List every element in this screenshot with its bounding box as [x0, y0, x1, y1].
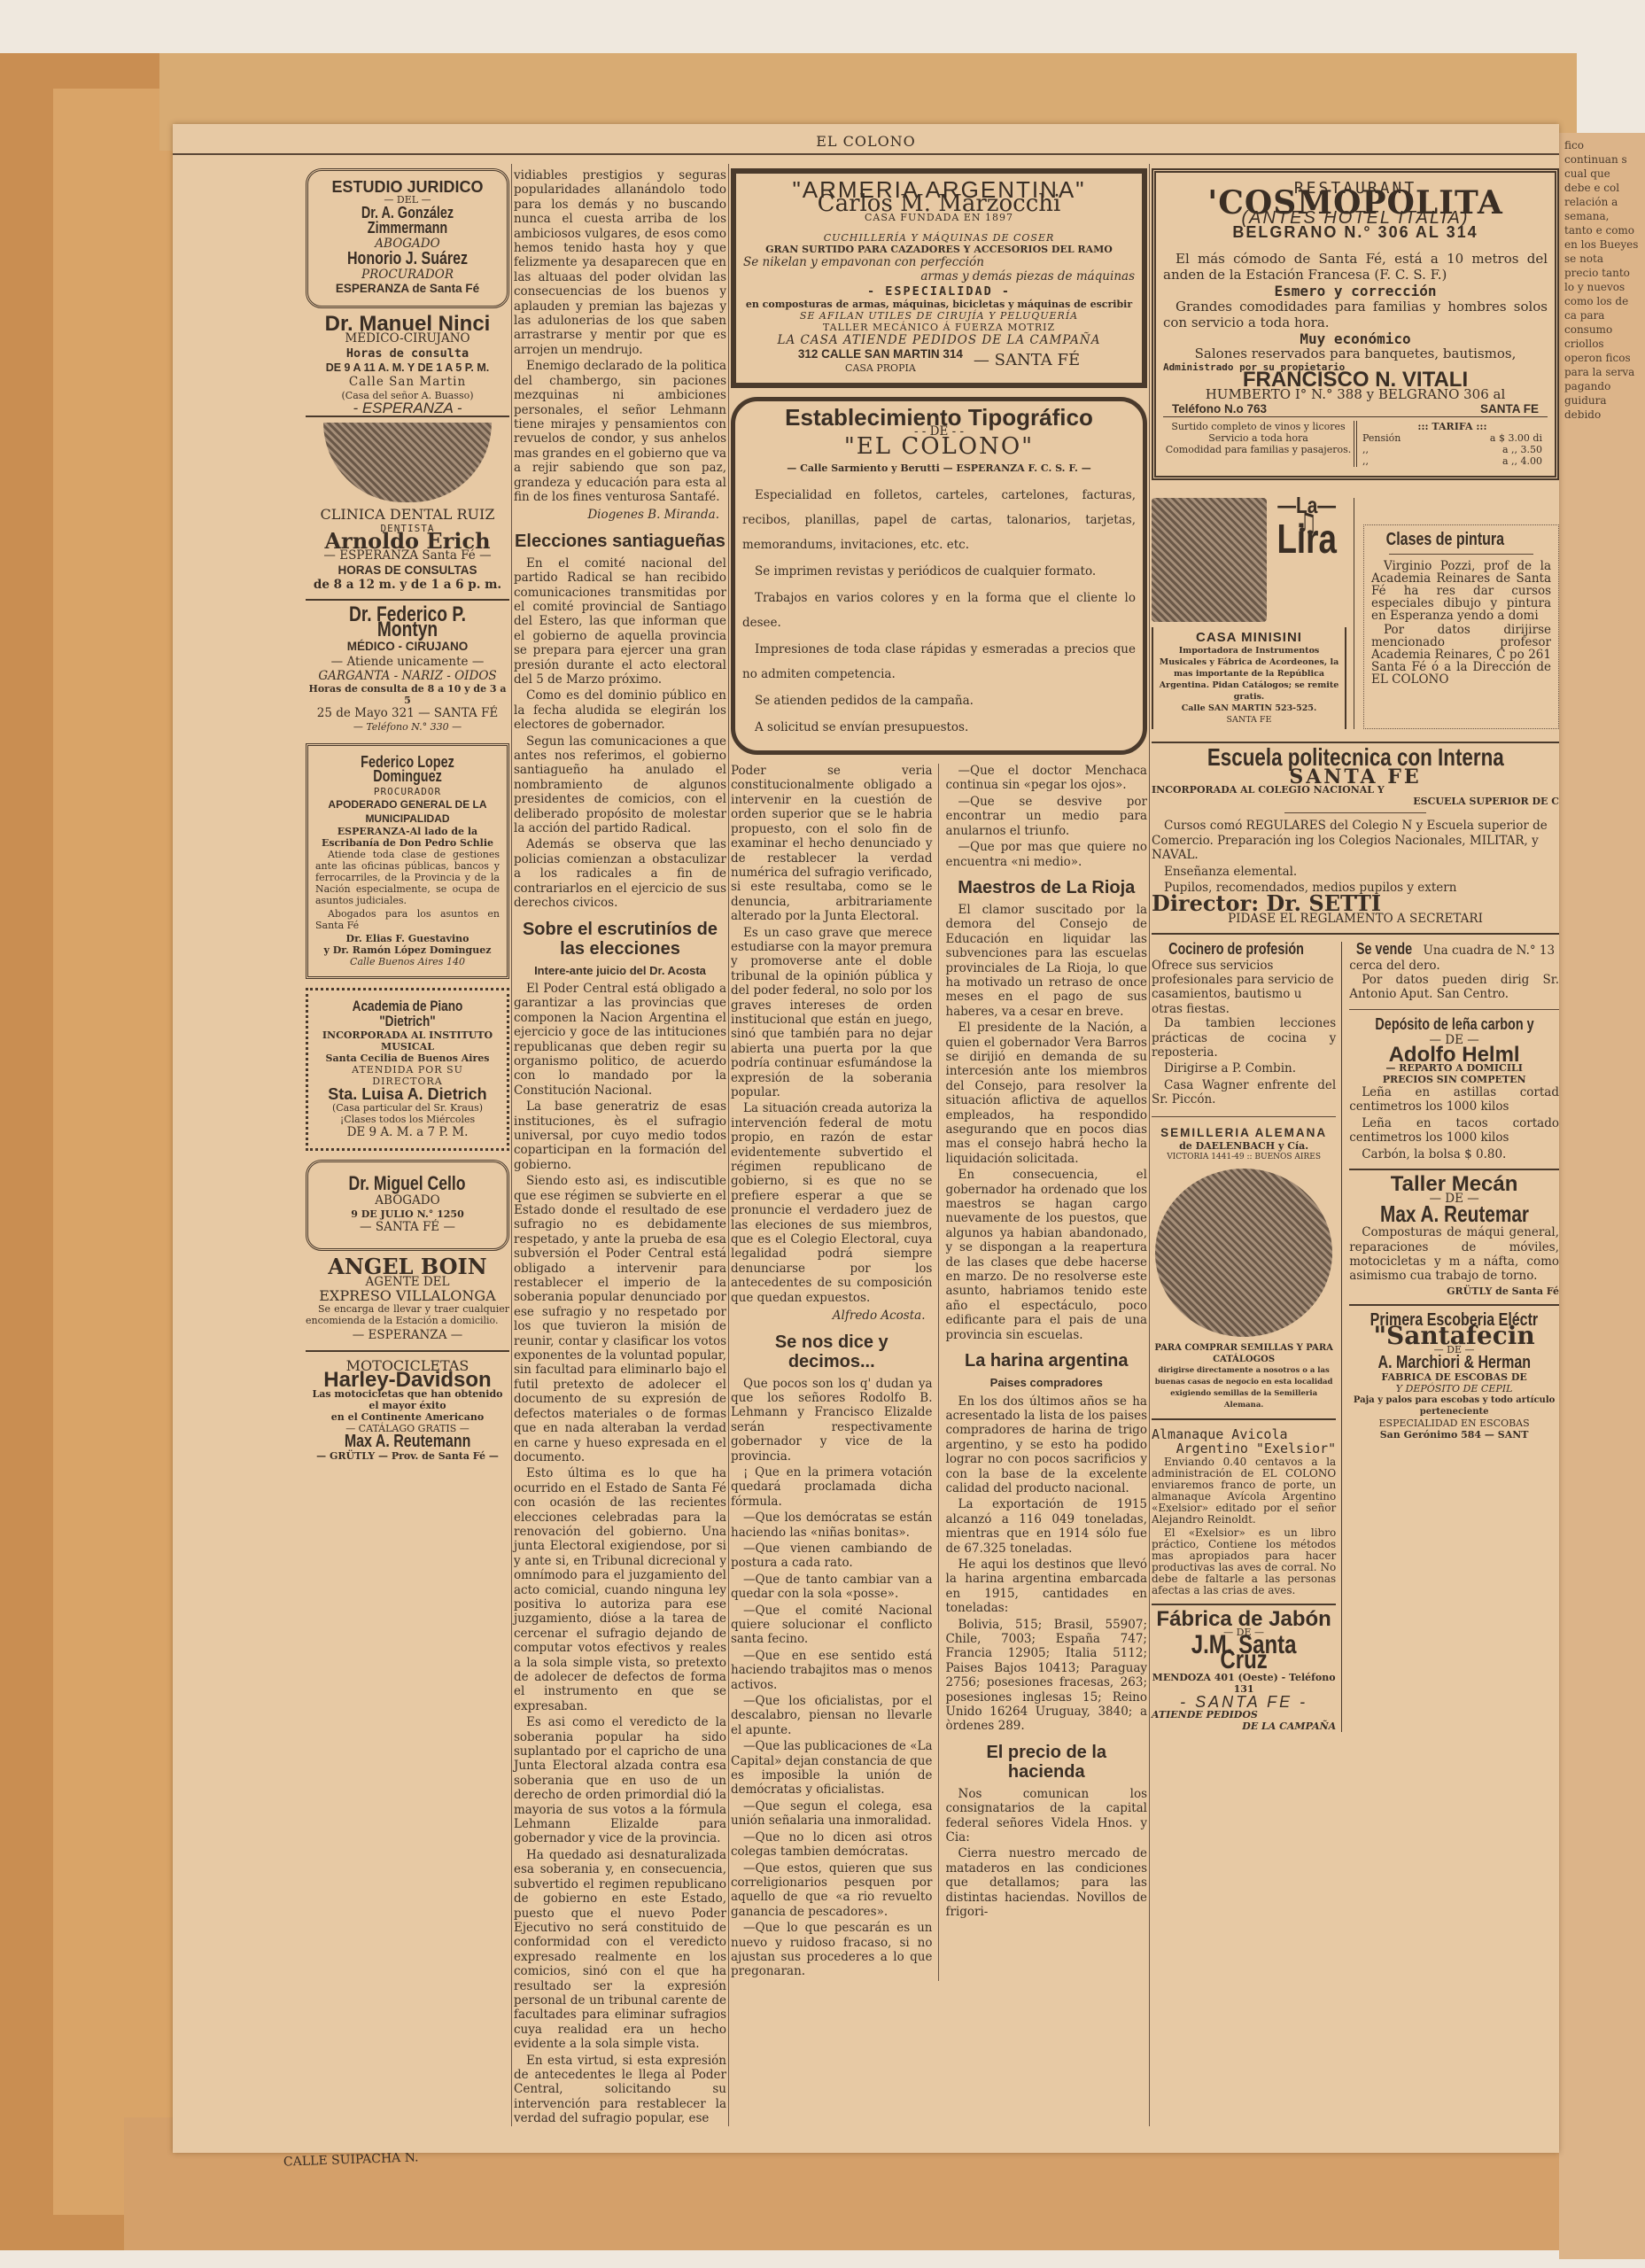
ad-clases-pintura: Clases de pintura Virginio Pozzi, prof d…: [1363, 524, 1559, 729]
ad-text: en el Continente Americano: [306, 1411, 509, 1423]
article-signature: Alfredo Acosta.: [738, 1309, 926, 1323]
article-text: El clamor suscitado por la demora del Co…: [946, 903, 1148, 1019]
ad-director: Director: Dr. SETTI: [1152, 897, 1559, 911]
service-item: Surtido completo de vinos y licores: [1163, 421, 1354, 432]
article-list-item: —Que no lo dicen asi otros colegas tambi…: [731, 1830, 933, 1860]
article-title: Se nos dice y decimos...: [731, 1332, 933, 1371]
newspaper-page: EL COLONO ESTUDIO JURIDICO — DEL — Dr. A…: [173, 124, 1559, 2153]
ad-name: y Dr. Ramón López Dominguez: [315, 944, 500, 956]
ad-title: Lira: [1276, 532, 1337, 546]
ad-name: Honorio J. Suárez: [347, 252, 468, 266]
ad-body: Se encarga de llevar y traer cualquier e…: [306, 1303, 509, 1326]
ad-role: ABOGADO: [315, 1193, 500, 1208]
ad-restaurant-cosmopolita: RESTAURANT 'COSMOPOLITA (ANTES HOTEL ITA…: [1152, 168, 1559, 480]
divider: [1349, 1304, 1559, 1306]
tarifa-title: ::: TARIFA :::: [1357, 421, 1548, 432]
ad-name: A. Marchiori & Herman: [1377, 1355, 1530, 1370]
ad-name: FRANCISCO N. VITALI: [1163, 373, 1548, 387]
ad-place: ESPERANZA de Santa Fé: [315, 282, 500, 296]
ad-slogan: Muy económico: [1163, 332, 1548, 346]
ad-brand: Harley-Davidson: [306, 1373, 509, 1387]
ad-body: Enseñanza elemental.: [1152, 865, 1559, 879]
ads-row-lira-pintura: —La— ♫ Lira CASA MINISINI Importadora de…: [1152, 498, 1559, 729]
classifieds-right: Se vende Una cuadra de N.° 13 cerca del …: [1349, 942, 1559, 1732]
ad-ninci: Dr. Manuel Ninci MÉDICO-CIRUJANO Horas d…: [306, 317, 509, 417]
ad-text: (Casa particular del Sr. Kraus): [315, 1102, 500, 1114]
article-list-item: —Que en ese sentido está haciendo trabaj…: [731, 1649, 933, 1692]
article-title: La harina argentina: [946, 1351, 1148, 1371]
ad-title: APODERADO GENERAL DE LA MUNICIPALIDAD: [315, 797, 500, 827]
ad-text: — Atiende unicamente —: [306, 655, 509, 669]
ad-text: Santa Cecilia de Buenos Aires: [315, 1052, 500, 1064]
article-text: En esta virtud, si esta expresión de ant…: [514, 2054, 726, 2126]
divider: [1152, 1604, 1336, 1605]
accordion-illustration: [1152, 498, 1267, 622]
ad-role: PROCURADOR: [315, 268, 500, 282]
column-rule: [1149, 164, 1150, 2126]
divider: [1152, 933, 1559, 935]
ad-body: Por datos dirijirse mencionado profesor …: [1371, 624, 1551, 686]
ad-body: Salones reservados para banquetes, bauti…: [1163, 346, 1548, 361]
ad-city: SANTA FE: [1152, 770, 1559, 784]
article-list-item: ¡ Que en la primera votación quedará pro…: [731, 1465, 933, 1509]
ad-name: Dr. Miguel Cello: [349, 1177, 466, 1191]
ad-place: GRÜTLY de Santa Fé: [1349, 1285, 1559, 1297]
ad-body: Atiende toda clase de gestiones ante las…: [315, 849, 500, 906]
divider: [1349, 1169, 1559, 1170]
ad-address: 25 de Mayo 321 — SANTA FÉ: [306, 706, 509, 720]
ad-town: — ESPERANZA —: [306, 1328, 509, 1342]
ad-city: SANTA FE: [1157, 714, 1341, 726]
article-text: Cierra nuestro mercado de mataderos en l…: [946, 1846, 1148, 1919]
ad-address: BELGRANO N.° 306 AL 314: [1163, 225, 1548, 239]
adjacent-page-text: fico continuan s cual que debe e col rel…: [1564, 139, 1638, 421]
ad-address: VICTORIA 1441-49 :: BUENOS AIRES: [1152, 1152, 1336, 1163]
ad-name: Sta. Luisa A. Dietrich: [315, 1087, 500, 1101]
ad-body: Especialidad en folletos, carteles, cart…: [742, 483, 1136, 740]
ad-text: HORAS DE CONSULTAS: [306, 563, 509, 578]
ad-body: Enviando 0.40 centavos a la administraci…: [1152, 1456, 1336, 1526]
ad-phone: — Teléfono N.° 330 —: [306, 721, 509, 733]
ad-establecimiento-tipografico: Establecimiento Tipográfico - - DE - - "…: [731, 397, 1147, 755]
ad-text: FABRICA DE ESCOBAS DE: [1349, 1371, 1559, 1383]
ad-title: CLINICA DENTAL RUIZ: [306, 508, 509, 522]
ad-body-text: Especialidad en folletos, carteles, cart…: [742, 483, 1136, 557]
ad-text: ¡Clases todos los Miércoles: [315, 1114, 500, 1125]
article-list-item: —Que por mas que quiere no encuentra «ni…: [946, 840, 1148, 869]
article-text: Segun las comunicaciones a que antes nos…: [514, 734, 726, 836]
ad-body: Leña en astillas cortad centimetros los …: [1349, 1085, 1559, 1115]
masthead: EL COLONO: [173, 133, 1559, 155]
ad-text: Paja y palos para escobas y todo artícul…: [1349, 1394, 1559, 1417]
ad-body-text: A solicitud se envían presupuestos.: [742, 715, 1136, 740]
ad-hours: DE 9 A. M. a 7 P. M.: [315, 1125, 500, 1139]
ad-name: Arnoldo Erich: [306, 534, 509, 548]
article-list-item: —Que vienen cambiando de postura a cada …: [731, 1542, 933, 1571]
column-2: vidiables prestigios y seguras popularid…: [514, 168, 726, 2128]
ad-text: - ESPECIALIDAD -: [743, 284, 1135, 299]
ad-title: Clases de pintura: [1386, 532, 1504, 547]
ad-lira-title: —La— ♫ Lira: [1267, 498, 1346, 622]
ad-phone-row: Teléfono N.o 763 SANTA FE: [1163, 402, 1548, 417]
ad-text: SE AFILAN UTILES DE CIRUJÍA Y PELUQUERÍA: [743, 310, 1135, 322]
article-list-item: —Que estos, quieren que sus correligiona…: [731, 1861, 933, 1920]
divider: [1152, 1116, 1336, 1117]
ad-title: Academia de Piano "Dietrich": [334, 999, 481, 1029]
ad-hours: de 8 a 12 m. y de 1 a 6 p. m.: [306, 578, 509, 592]
article-subtitle: Paises compradores: [946, 1376, 1148, 1390]
ad-text: GARGANTA - NARIZ - OIDOS: [306, 669, 509, 683]
pansy-flower-illustration: [1155, 1169, 1332, 1337]
ad-title: ESTUDIO JURIDICO: [315, 180, 500, 194]
ad-cocinero: Cocinero de profesión Ofrece sus servici…: [1152, 942, 1336, 1107]
ad-estudio-juridico: ESTUDIO JURIDICO — DEL — Dr. A. González…: [306, 168, 509, 308]
ad-name: "EL COLONO": [742, 439, 1136, 454]
ad-text: GRAN SURTIDO PARA CAZADORES Y ACCESORIOS…: [743, 244, 1135, 255]
article-text: Esto última es lo que ha ocurrido en el …: [514, 1466, 726, 1713]
edge-bottom-text: CALLE SUIPACHA N.: [283, 2150, 419, 2169]
ad-body: Leña en tacos cortado centimetros los 10…: [1349, 1116, 1559, 1146]
ad-body: Dirigirse a P. Combin.: [1152, 1061, 1336, 1076]
ad-body: Casa Wagner enfrente del Sr. Piccón.: [1152, 1078, 1336, 1107]
divider: [1349, 1009, 1559, 1010]
ad-place: — ESPERANZA Santa Fé —: [306, 548, 509, 563]
classifieds-left: Cocinero de profesión Ofrece sus servici…: [1152, 942, 1342, 1732]
ad-body-text: Se atienden pedidos de la campaña.: [742, 688, 1136, 713]
ad-role: MÉDICO - CIRUJANO: [306, 640, 509, 654]
ad-address: ESPERANZA-Al lado de la Escribanía de Do…: [315, 826, 500, 849]
column-rule: [511, 164, 512, 2126]
article-text: Nos comunican los consignatarios de la c…: [946, 1787, 1148, 1845]
ad-se-vende: Se vende Una cuadra de N.° 13 cerca del …: [1349, 942, 1559, 1002]
ad-text: CASA FUNDADA EN 1897: [743, 212, 1135, 223]
ad-text: ATIENDE PEDIDOS: [1152, 1709, 1336, 1720]
ad-escuela-politecnica: Escuela politecnica con Interna SANTA FE…: [1152, 750, 1559, 926]
ad-body-text: Trabajos en varios colores y en la forma…: [742, 586, 1136, 635]
article-list: —Que el doctor Menchaca continua sin «pe…: [946, 764, 1148, 869]
ad-text: Y DEPÓSITO DE CEPIL: [1349, 1383, 1559, 1394]
article-text: He aqui los destinos que llevó la harina…: [946, 1557, 1148, 1616]
ad-text: INCORPORADA AL INSTITUTO MUSICAL: [315, 1029, 500, 1052]
ad-title: Depósito de leña carbon y: [1375, 1017, 1533, 1031]
article-list-item: —Que los oficialistas, por el descalabro…: [731, 1694, 933, 1737]
ad-hours: DE 9 A 11 A. M. Y DE 1 A 5 P. M.: [306, 361, 509, 375]
column-4: RESTAURANT 'COSMOPOLITA (ANTES HOTEL ITA…: [1152, 168, 1559, 1732]
ad-body: dirigirse directamente a nosotros o a la…: [1152, 1365, 1336, 1411]
article-text: En consecuencia, el gobernador ha ordena…: [946, 1168, 1148, 1342]
tarifa-row: ,,a ,, 4.00: [1357, 455, 1548, 467]
article-text: Siendo esto asi, es indiscutible que ese…: [514, 1174, 726, 1464]
ad-text: de DAELENBACH y Cía.: [1152, 1140, 1336, 1152]
ad-text: —La—: [1277, 498, 1336, 512]
ad-address: Calle San Martin: [306, 375, 509, 389]
ad-title: EXPRESO VILLALONGA: [306, 1289, 509, 1303]
ad-title: Se vende: [1356, 942, 1412, 956]
column-3-left: Poder se veria constitucionalmente oblig…: [731, 764, 939, 1981]
ad-title: Establecimiento Tipográfico: [742, 410, 1136, 424]
ad-cta: PARA COMPRAR SEMILLAS Y PARA CATÁLOGOS: [1152, 1342, 1336, 1365]
ad-town: - ESPERANZA -: [306, 401, 509, 417]
ad-place: — GRÜTLY — Prov. de Santa Fé —: [306, 1450, 509, 1462]
ad-address: MENDOZA 401 (Oeste) - Teléfono 131: [1152, 1672, 1336, 1695]
ad-cello: Dr. Miguel Cello ABOGADO 9 DE JULIO N.° …: [306, 1160, 509, 1251]
article-text: Es asi como el veredicto de la soberania…: [514, 1715, 726, 1846]
article-text: Es un caso grave que merece estudiarse c…: [731, 926, 933, 1100]
ad-text: armas y demás piezas de máquinas: [743, 269, 1135, 283]
ad-text: Horas de consulta: [306, 346, 509, 361]
column-1: ESTUDIO JURIDICO — DEL — Dr. A. González…: [306, 168, 509, 1462]
ad-text: LA CASA ATIENDE PEDIDOS DE LA CAMPAÑA: [743, 333, 1135, 347]
tarifa-row: ,,a ,, 3.50: [1357, 444, 1548, 455]
ad-body: Abogados para los asuntos en Santa Fé: [315, 908, 500, 931]
ad-body: Ofrece sus servicios profesionales para …: [1152, 959, 1334, 1016]
ad-body: El más cómodo de Santa Fé, está a 10 met…: [1163, 251, 1548, 283]
ad-body: Carbón, la bolsa $ 0.80.: [1349, 1147, 1559, 1161]
tarifa-price: a ,, 3.50: [1502, 444, 1542, 455]
article-text: Ha quedado asi desnaturalizada esa sober…: [514, 1848, 726, 2052]
ad-la-lira: —La— ♫ Lira CASA MINISINI Importadora de…: [1152, 498, 1354, 729]
ad-name: Adolfo Helml: [1349, 1048, 1559, 1062]
ad-services: Surtido completo de vinos y licoresServi…: [1163, 421, 1357, 467]
divider: [1389, 554, 1533, 555]
ad-phone: Teléfono N.o 763: [1172, 402, 1267, 416]
ad-title: Taller Mecán: [1349, 1177, 1559, 1192]
article-list-item: —Que los demócratas se están haciendo la…: [731, 1511, 933, 1540]
ad-text: DE LA CAMPAÑA: [1152, 1720, 1336, 1732]
ad-text: INCORPORADA AL COLEGIO NACIONAL Y: [1152, 784, 1559, 796]
tarifa-price: a ,, 4.00: [1502, 455, 1542, 467]
tarifa-label: ,,: [1362, 444, 1369, 455]
ad-text: ESCUELA SUPERIOR DE C: [1152, 796, 1559, 807]
divider: [1284, 812, 1426, 813]
ad-name: "Santafecin: [1349, 1329, 1559, 1343]
divider: [306, 1350, 509, 1352]
ad-montyn: Dr. Federico P. Montyn MÉDICO - CIRUJANO…: [306, 608, 509, 732]
ad-name: Dr. Elias F. Guestavino: [315, 933, 500, 944]
tarifa-label: ,,: [1362, 455, 1369, 467]
column-rule: [728, 164, 729, 2126]
ad-address: HUMBERTO I° N.° 388 y BELGRANO 306 al: [1163, 387, 1548, 401]
ad-body-text: Se imprimen revistas y periódicos de cua…: [742, 559, 1136, 584]
ad-title: SEMILLERIA ALEMANA: [1152, 1126, 1336, 1140]
ad-body-text: Impresiones de toda clase rápidas y esme…: [742, 637, 1136, 687]
ad-name: Max A. Reutemann: [345, 1434, 471, 1449]
column-3: "ARMERIA ARGENTINA" Carlos M. Marzocchi …: [731, 168, 1147, 1981]
ad-body: Importadora de Instrumentos Musicales y …: [1157, 645, 1341, 703]
ad-almanaque: Almanaque Avicola Argentino "Exelsior" E…: [1152, 1427, 1336, 1596]
article-title: El precio de la hacienda: [946, 1743, 1148, 1782]
ad-address: 312 CALLE SAN MARTIN 314: [798, 347, 963, 361]
ad-address: — Calle Sarmiento y Berutti — ESPERANZA …: [742, 462, 1136, 474]
divider: [1152, 1418, 1336, 1420]
ad-dental: CLINICA DENTAL RUIZ DENTISTA Arnoldo Eri…: [306, 508, 509, 592]
ad-text: — REPARTO A DOMICILI: [1349, 1062, 1559, 1074]
ad-escoberia: Primera Escoberia Eléctr "Santafecin — D…: [1349, 1313, 1559, 1441]
article-text: En los dos últimos años se ha acresentad…: [946, 1394, 1148, 1496]
service-item: Servicio a toda hora: [1163, 432, 1354, 444]
ad-body: Cursos comó REGULARES del Colegio N y Es…: [1152, 819, 1559, 862]
ad-text: CUCHILLERÍA Y MÁQUINAS DE COSER: [743, 232, 1135, 244]
article-list-item: —Que lo que pescarán es un nuevo y ruido…: [731, 1921, 933, 1979]
ad-tarifa: ::: TARIFA ::: Pensióna $ 3.00 di,,a ,, …: [1357, 421, 1548, 467]
ad-name: Dr. Manuel Ninci: [306, 317, 509, 331]
ad-text: en composturas de armas, máquinas, bicic…: [743, 299, 1135, 310]
article-text: El Poder Central está obligado a garanti…: [514, 982, 726, 1098]
tarifa-row: Pensióna $ 3.00 di: [1357, 432, 1548, 444]
tarifa-label: Pensión: [1362, 432, 1401, 444]
adjacent-page: fico continuan s cual que debe e col rel…: [1559, 133, 1645, 2259]
article-title: Sobre el escrutiníos de las elecciones: [514, 920, 726, 959]
ad-address-row: 312 CALLE SAN MARTIN 314CASA PROPIA — SA…: [743, 347, 1135, 373]
ad-text: PRECIOS SIN COMPETEN: [1349, 1074, 1559, 1085]
ad-body: Composturas de máqui general, reparacion…: [1349, 1225, 1559, 1284]
ad-lira-header: —La— ♫ Lira: [1152, 498, 1346, 622]
article-text: El presidente de la Nación, a quien el g…: [946, 1021, 1148, 1166]
ad-boin: ANGEL BOIN AGENTE DEL EXPRESO VILLALONGA…: [306, 1260, 509, 1343]
ad-city: — SANTA FÉ: [974, 353, 1080, 368]
ad-slogan: Esmero y corrección: [1163, 284, 1548, 299]
ad-lopez-dominguez: Federico Lopez Dominguez PROCURADOR APOD…: [306, 743, 509, 980]
ad-name: Max A. Reutemar: [1380, 1207, 1529, 1221]
ad-body: Grandes comodidades para familias y homb…: [1163, 299, 1548, 330]
ad-title: Cocinero de profesión: [1168, 942, 1304, 956]
article-text: Bolivia, 515; Brasil, 55907; Chile, 7003…: [946, 1618, 1148, 1734]
ad-fabrica-jabon: Fábrica de Jabón — DE — J.M. Santa Cruz …: [1152, 1612, 1336, 1733]
tarifa-price: a $ 3.00 di: [1490, 432, 1542, 444]
article-text: Como es del dominio público en la fecha …: [514, 688, 726, 732]
service-item: Comodidad para familias y pasajeros.: [1163, 444, 1354, 455]
ad-text: Las motocicletas que han obtenido: [306, 1388, 509, 1400]
ad-deposito-lena: Depósito de leña carbon y — DE — Adolfo …: [1349, 1017, 1559, 1161]
article-text: Poder se veria constitucionalmente oblig…: [731, 764, 933, 923]
classifieds-row: Cocinero de profesión Ofrece sus servici…: [1152, 942, 1559, 1732]
ad-armeria-argentina: "ARMERIA ARGENTINA" Carlos M. Marzocchi …: [731, 168, 1147, 388]
article-text: vidiables prestigios y seguras popularid…: [514, 168, 726, 357]
ad-city: SANTA FE: [1480, 402, 1539, 416]
ad-body: Por datos pueden dirig Sr. Antonio Aput.…: [1349, 973, 1559, 1002]
ad-text: ESPECIALIDAD EN ESCOBAS: [1349, 1417, 1559, 1429]
column-3-right: —Que el doctor Menchaca continua sin «pe…: [946, 764, 1148, 1981]
ad-address: San Gerónimo 584 — SANT: [1349, 1429, 1559, 1441]
ad-title: Escuela politecnica con Interna: [1207, 750, 1504, 765]
ad-title: Fábrica de Jabón: [1152, 1612, 1336, 1627]
ad-hours: Horas de consulta de 8 a 10 y de 3 a 5: [306, 683, 509, 706]
article-text: La base generatriz de esas instituciones…: [514, 1099, 726, 1172]
article-list: Que pocos son los q' dudan ya que los se…: [731, 1377, 933, 1979]
ad-taller-mecanico: Taller Mecán — DE — Max A. Reutemar Comp…: [1349, 1177, 1559, 1297]
ad-role: PROCURADOR: [315, 786, 500, 797]
ad-name: ANGEL BOIN: [306, 1260, 509, 1274]
article-list-item: —Que el comité Nacional quiere soluciona…: [731, 1604, 933, 1647]
ad-text: CASA PROPIA: [798, 362, 963, 374]
ad-body: Virginio Pozzi, prof de la Academia Rein…: [1371, 560, 1551, 622]
article-list-item: —Que el doctor Menchaca continua sin «pe…: [946, 764, 1148, 793]
article-text: La situación creada autoriza la interven…: [731, 1101, 933, 1305]
article-list-item: —Que de tanto cambiar van a quedar con l…: [731, 1573, 933, 1602]
article-signature: Diogenes B. Miranda.: [521, 508, 719, 522]
article-title: Elecciones santiagueñas: [514, 532, 726, 551]
article-list-item: Que pocos son los q' dudan ya que los se…: [731, 1377, 933, 1464]
article-title: Maestros de La Rioja: [946, 878, 1148, 897]
ad-title: Almanaque Avicola: [1152, 1427, 1336, 1441]
divider: [306, 599, 509, 601]
ad-body: El «Exelsior» es un libro práctico, Cont…: [1152, 1527, 1336, 1596]
column-3-articles: Poder se veria constitucionalmente oblig…: [731, 764, 1147, 1981]
article-list-item: —Que se desvive por encontrar un medio p…: [946, 795, 1148, 838]
dentures-illustration: [323, 423, 492, 502]
tarifa-rows: Pensióna $ 3.00 di,,a ,, 3.50,,a ,, 4.00: [1357, 432, 1548, 467]
ad-name: Dr. Federico P. Montyn: [326, 608, 489, 637]
ad-body: Da tambien lecciones prácticas de cocina…: [1152, 1016, 1336, 1060]
ad-name: Federico Lopez Dominguez: [334, 755, 481, 784]
ad-text: el mayor éxito: [306, 1400, 509, 1411]
ad-minisini: CASA MINISINI Importadora de Instrumento…: [1152, 627, 1346, 729]
ad-harley-davidson: MOTOCICLETAS Harley-Davidson Las motocic…: [306, 1359, 509, 1462]
article-text: Además se observa que las policias comie…: [514, 837, 726, 910]
ad-city: - SANTA FE -: [1152, 1695, 1336, 1709]
ad-address: Calle SAN MARTIN 523-525.: [1157, 703, 1341, 714]
ad-title: Argentino "Exelsior": [1152, 1441, 1336, 1456]
ad-name: Dr. A. González Zimmermann: [334, 206, 481, 235]
ad-piano-academy: Academia de Piano "Dietrich" INCORPORADA…: [306, 988, 509, 1151]
ad-name: J.M. Santa Cruz: [1170, 1638, 1318, 1667]
ad-address: 9 DE JULIO N.° 1250: [315, 1208, 500, 1220]
ad-services-row: Surtido completo de vinos y licoresServi…: [1163, 421, 1548, 467]
ad-text: Se nikelan y empavonan con perfección: [743, 255, 1135, 269]
article-text: Enemigo declarado de la politica del cha…: [514, 359, 726, 504]
article-subtitle: Intere-ante juicio del Dr. Acosta: [514, 964, 726, 978]
article-list-item: —Que las publicaciones de «La Capital» d…: [731, 1739, 933, 1798]
ad-title: Primera Escoberia Eléctr: [1370, 1313, 1538, 1327]
ad-name: CASA MINISINI: [1157, 631, 1341, 645]
ad-address: Calle Buenos Aires 140: [315, 956, 500, 967]
article-text: En el comité nacional del partido Radica…: [514, 556, 726, 687]
ad-text: ATENDIDA POR SU DIRECTORA: [315, 1064, 500, 1087]
ad-text: TALLER MECÁNICO Á FUERZA MOTRIZ: [743, 322, 1135, 333]
ad-city: — SANTA FÉ —: [315, 1220, 500, 1234]
ad-semilleria-alemana: SEMILLERIA ALEMANA de DAELENBACH y Cía. …: [1152, 1126, 1336, 1411]
article-list-item: —Que segun el colega, esa unión señalari…: [731, 1799, 933, 1829]
article-text: La exportación de 1915 alcanzó a 116 049…: [946, 1497, 1148, 1556]
